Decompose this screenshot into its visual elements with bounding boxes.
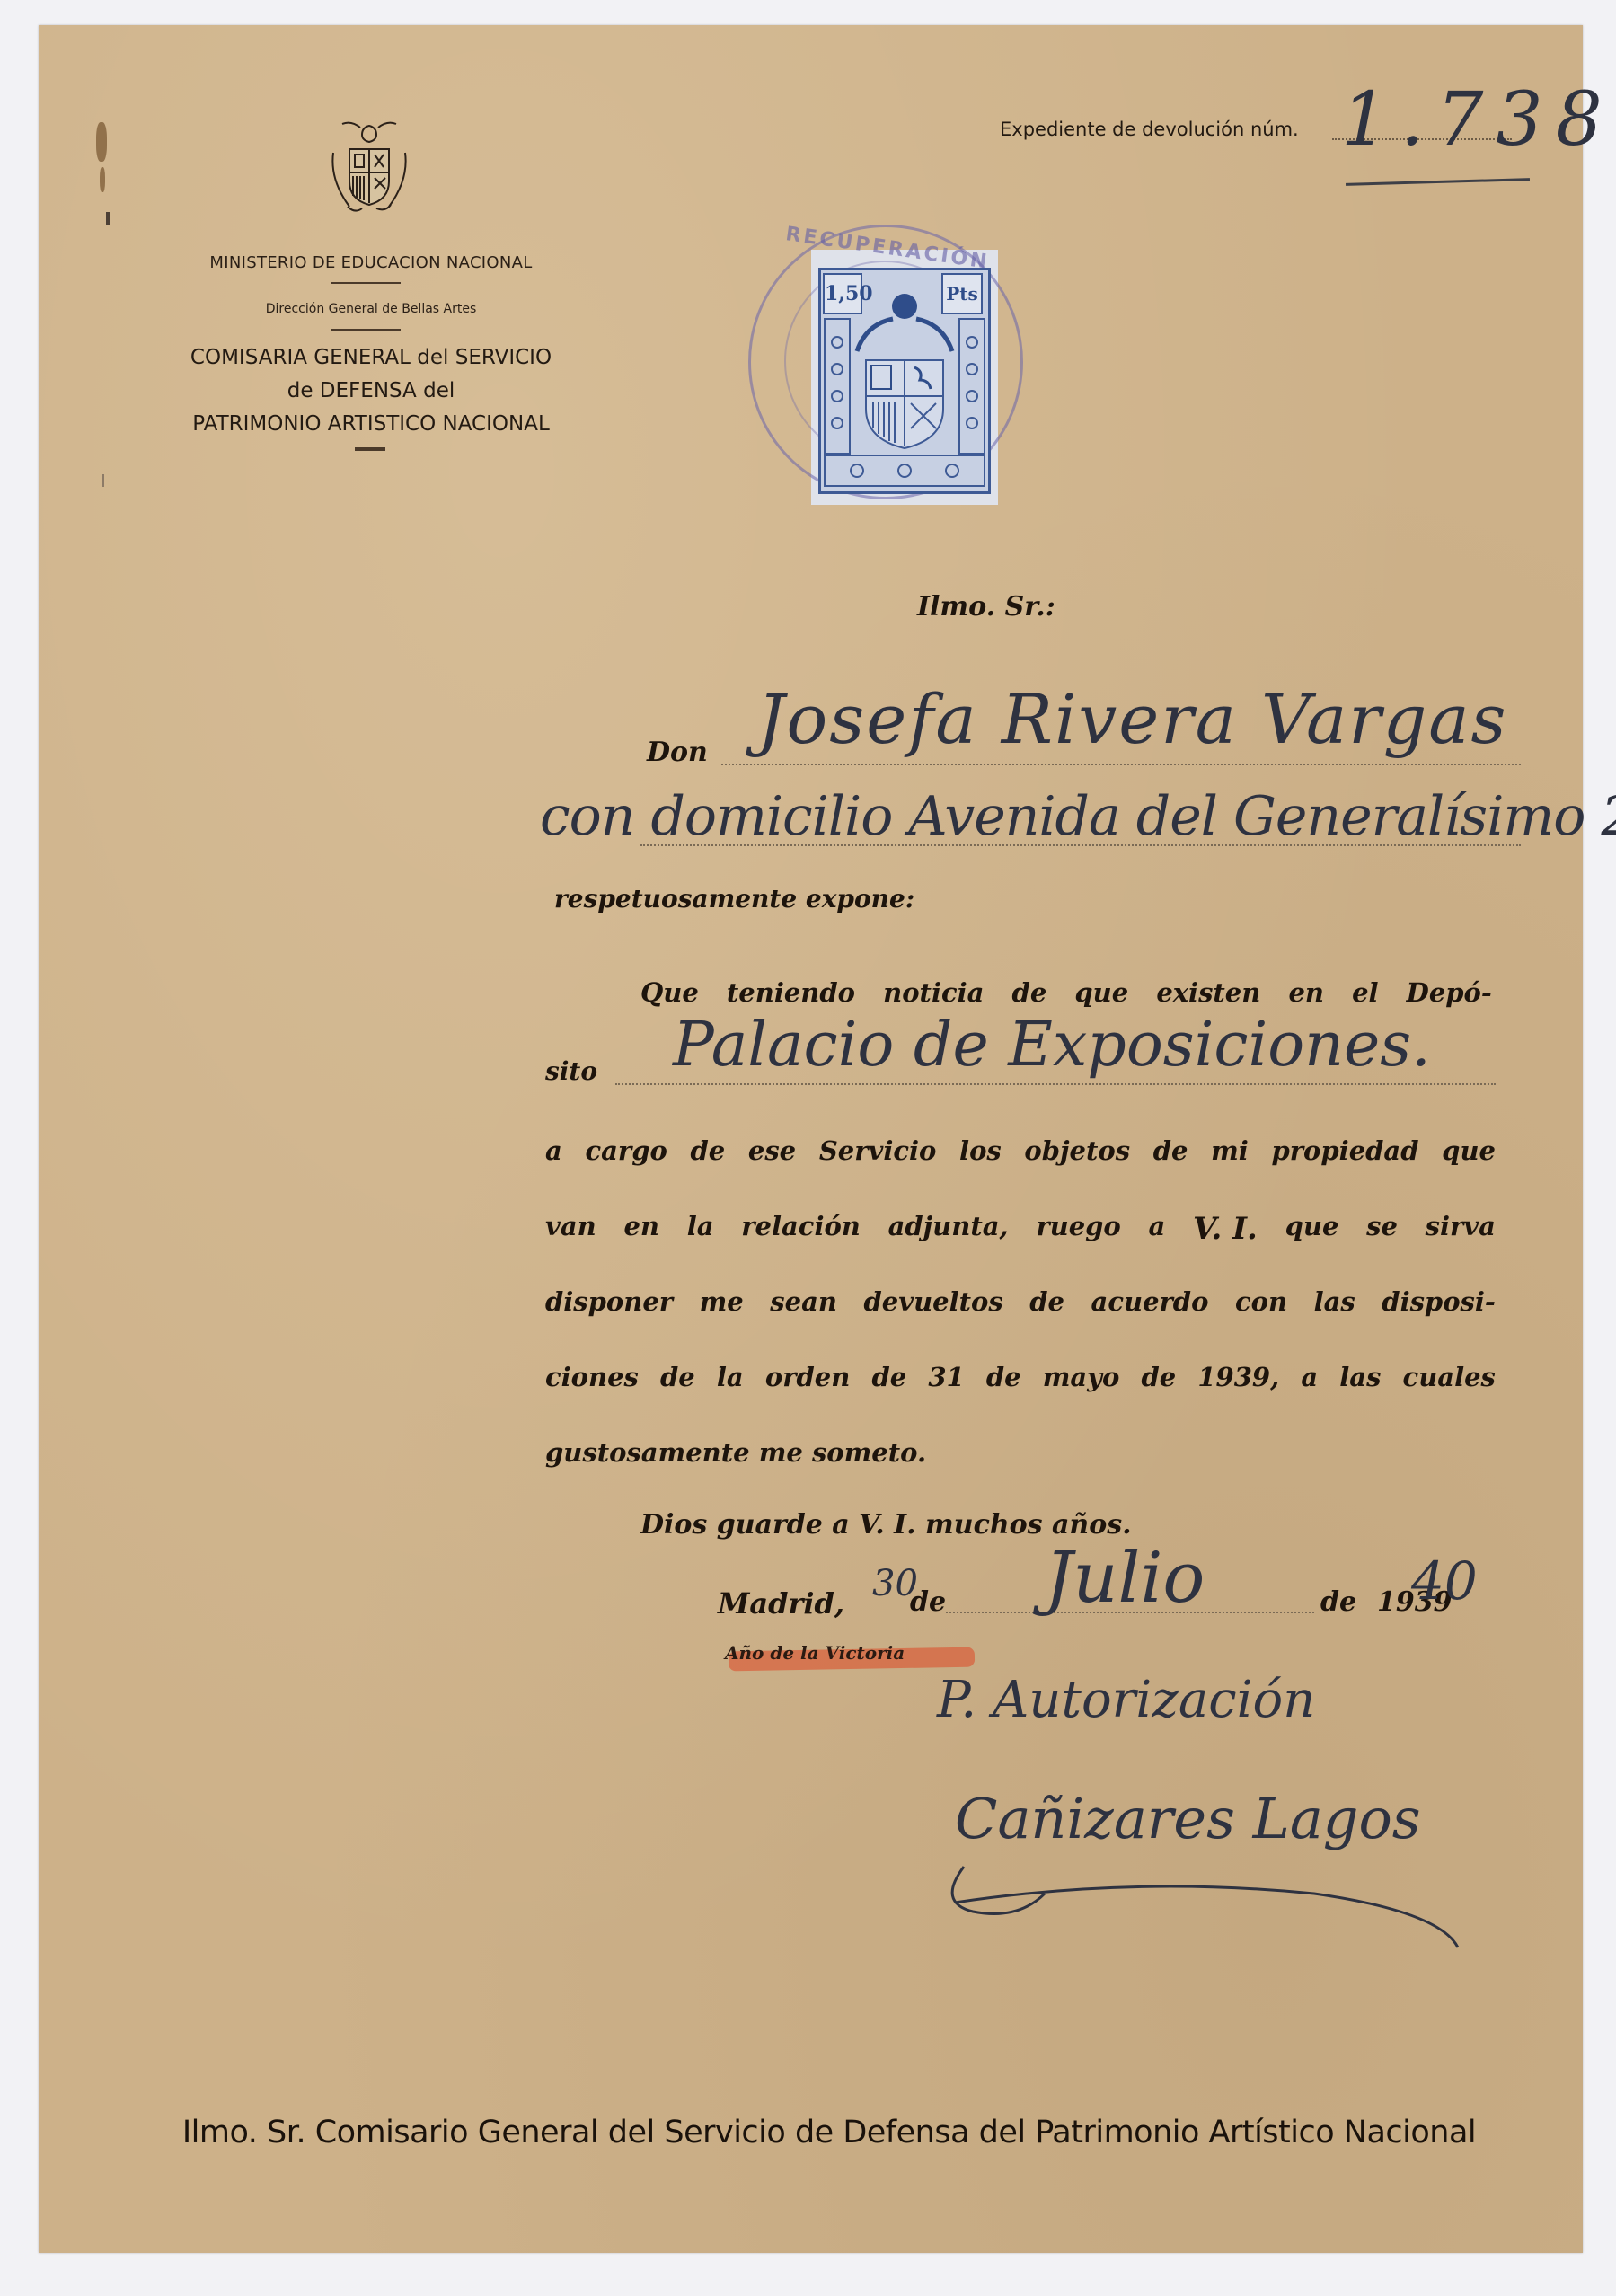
date-de-2: de [1320, 1586, 1356, 1618]
file-number-value: 1.738 [1341, 77, 1615, 163]
date-de-1: de [910, 1586, 946, 1618]
commission-line-2: de DEFENSA del [137, 375, 605, 408]
paper-stain [96, 122, 107, 162]
stamp-value: 1,50 [823, 273, 862, 314]
margin-mark [102, 474, 104, 487]
authorization-text: P. Autorización [937, 1671, 1315, 1729]
body-line-3: a cargo de ese Servicio los objetos de m… [545, 1135, 1496, 1166]
deposit-field [615, 1083, 1496, 1085]
stamp-currency: Pts [941, 273, 983, 314]
file-number-label: Expediente de devolución núm. [1000, 119, 1299, 140]
salutation: Ilmo. Sr.: [917, 591, 1055, 623]
divider [331, 329, 401, 331]
body-line-6: ciones de la orden de 31 de mayo de 1939… [545, 1362, 1496, 1392]
body-line-5: disponer me sean devueltos de acuerdo co… [545, 1286, 1496, 1317]
date-year-correction: 40 [1411, 1550, 1478, 1612]
deposit-label: sito [545, 1056, 597, 1086]
struck-motto: Año de la Victoria [725, 1642, 905, 1664]
commission-line-1: COMISARIA GENERAL del SERVICIO [137, 341, 605, 375]
applicant-name: Josefa Rivera Vargas [757, 679, 1508, 759]
body-line-4: van en la relación adjunta, ruego a V. I… [545, 1211, 1496, 1247]
divider [331, 282, 401, 284]
body-line-7: gustosamente me someto. [545, 1437, 926, 1468]
date-month: Julio [1045, 1538, 1205, 1619]
file-number-underline [1346, 178, 1530, 186]
directorate-name: Dirección General de Bellas Artes [164, 302, 578, 316]
divider [355, 447, 385, 451]
name-field [721, 764, 1521, 765]
body-line-1: Que teniendo noticia de que existen en e… [640, 977, 1492, 1008]
coat-of-arms-icon [324, 117, 414, 225]
ministry-name: MINISTERIO DE EDUCACION NACIONAL [164, 253, 578, 272]
applicant-address: con domicilio Avenida del Generalísimo 2… [540, 785, 1616, 848]
date-city: Madrid, [718, 1586, 844, 1620]
paper-stain [100, 167, 105, 192]
exposes-label: respetuosamente expone: [554, 884, 914, 914]
document-page: MINISTERIO DE EDUCACION NACIONAL Direcci… [39, 25, 1583, 2253]
signature-flourish [937, 1795, 1494, 1956]
commission-line-3: PATRIMONIO ARTISTICO NACIONAL [137, 408, 605, 441]
closing-formula: Dios guarde a V. I. muchos años. [640, 1509, 1132, 1541]
deposit-value: Palacio de Exposiciones. [673, 1010, 1431, 1081]
addressee-footer: Ilmo. Sr. Comisario General del Servicio… [164, 2115, 1494, 2150]
commission-name: COMISARIA GENERAL del SERVICIO de DEFENS… [137, 341, 605, 441]
margin-mark [106, 212, 110, 225]
don-label: Don [647, 737, 708, 768]
